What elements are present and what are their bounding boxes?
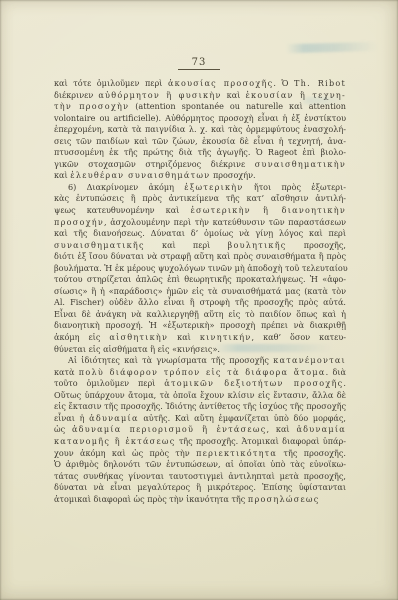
text-line: καὶ τῆς διανοήσεως. Δύναται δ’ ὁμοίως νὰ… — [54, 228, 346, 240]
text-line: βουλήματα. Ἡ ἐκ μέρους ψυχολόγων τινῶν μ… — [54, 263, 346, 275]
body-text: εἶναι ἡ — [54, 413, 89, 423]
emphasized-text: βουλητικῆς — [228, 240, 287, 250]
text-line: τούτου στηρίζεται ἁπλῶς ἐπὶ θεωρητικῆς π… — [54, 274, 346, 286]
body-text: καὶ — [168, 332, 200, 342]
emphasized-text: ἀτομικῶν δεξιοτήτων προσοχῆς — [164, 378, 343, 388]
emphasized-text: ἀδυναμία — [89, 413, 139, 423]
body-text: . Ὁ — [273, 78, 294, 88]
body-text: βουλήματα. Ἡ ἐκ μέρους ψυχολόγων τινῶν μ… — [54, 263, 348, 273]
text-line: εἶναι ἡ ἀδυναμία αὐτῆς. Καὶ αὕτη ἐμφανίζ… — [54, 413, 346, 425]
body-text: σεις τῶν παιδίων καὶ τῶν ζώων, ἑκουσία δ… — [54, 136, 346, 146]
body-text: ἀτομικαὶ διαφοραὶ ὡς πρὸς τὴν ἱκανότητα … — [54, 494, 248, 504]
text-line: χουν ἀκόμη καὶ ὡς πρὸς τὴν περιεκτικότητ… — [54, 448, 346, 460]
body-text: εἰς ἔκτασιν τῆς προσοχῆς. Ἰδιότης ἀντίθε… — [54, 401, 346, 411]
body-text: προσοχῆς, — [287, 240, 346, 250]
emphasized-text: συναισθηματικὴν — [255, 159, 346, 169]
text-line: ἀκόμη εἰς αἰσθητικὴν καὶ κινητικήν, καθ’… — [54, 332, 346, 344]
body-text: , καθ’ ὅσον κατευ- — [252, 332, 346, 342]
emphasized-text: κινητικήν — [200, 332, 252, 342]
body-text: θύνεται εἰς αἰσθήματα ἢ εἰς «κινήσεις». — [54, 344, 220, 354]
body-text: κατὰ — [54, 367, 79, 377]
body-text: καὶ τότε ὁμιλοῦμεν περὶ — [54, 78, 168, 88]
body-text: τάτας συνθήκας γίνονται ταυτοστιγμεὶ ἀντ… — [54, 471, 346, 481]
text-line: καὶ τότε ὁμιλοῦμεν περὶ ἀκουσίας προσοχῆ… — [54, 78, 346, 90]
text-line: θύνεται εἰς αἰσθήματα ἢ εἰς «κινήσεις». — [54, 344, 346, 356]
text-line: τὴν προσοχὴν (attention spontanée ou nat… — [54, 101, 346, 113]
body-text: καὶ — [222, 90, 246, 100]
text-line: γικῶν στοχασμῶν στηριζόμενος διέκρινε συ… — [54, 159, 346, 171]
text-line: Οὕτως ὑπάρχουν ἄτομα, τὰ ὁποῖα ἔχουν κλί… — [54, 390, 346, 402]
text-line: Εἶναι δὲ ἀνάγκη νὰ καλλιεργηθῇ αὕτη εἰς … — [54, 309, 346, 321]
body-text: καὶ περὶ — [145, 240, 228, 250]
text-line: ὡς ἀδυναμία περιορισμοῦ ἢ ἐντάσεως, καὶ … — [54, 424, 346, 436]
text-line: Αἱ ἰδιότητες καὶ τὰ γνωρίσματα τῆς προσο… — [54, 355, 346, 367]
emphasized-text: κατανέμονται — [273, 355, 346, 365]
body-text: ψεως κατευθυνομένην καὶ — [54, 205, 190, 215]
page-number: 73 — [178, 57, 221, 70]
emphasized-text: προσοχήν — [54, 217, 104, 227]
body-text: . — [343, 378, 346, 388]
emphasized-text: προσηλώσεως — [248, 494, 320, 504]
text-line: σίωσις» ἢ ἡ «παράδοσις» ἡμῶν εἰς τὰ συνα… — [54, 286, 346, 298]
body-text: τοῦτο ὁμιλοῦμεν περὶ — [54, 378, 164, 388]
emphasized-text: ἐλευθέραν συναισθημάτων — [70, 170, 210, 180]
body-text: ἤτοι πρὸς ἐξωτερι- — [244, 182, 346, 192]
body-text: ὡς — [54, 424, 72, 434]
body-text: γικῶν στοχασμῶν στηριζόμενος διέκρινε — [54, 159, 255, 169]
body-text: διέκρινεν — [54, 90, 98, 100]
body-text: σίωσις» ἢ ἡ «παράδοσις» ἡμῶν εἰς τὰ συνα… — [54, 286, 346, 296]
text-line: εἰς ἔκτασιν τῆς προσοχῆς. Ἰδιότης ἀντίθε… — [54, 401, 346, 413]
text-line: διανοητικὴ προσοχή. Ἡ «ἐξωτερικὴ» προσοχ… — [54, 320, 346, 332]
text-line: διότι ἐξ ἴσου δύναται νὰ στραφῇ αὕτη καὶ… — [54, 251, 346, 263]
emphasized-text: ἀκουσίας προσοχῆς — [168, 78, 273, 88]
text-line: πτυσσομένη ἐκ τῆς πρώτης διὰ τῆς ἀγωγῆς.… — [54, 147, 346, 159]
emphasized-text: κατανομῆς ἢ ἐκτάσεως — [54, 436, 176, 446]
body-text: Εἶναι δὲ ἀνάγκη νὰ καλλιεργηθῇ αὕτη εἰς … — [54, 309, 346, 319]
body-text: τούτου στηρίζεται ἁπλῶς ἐπὶ θεωρητικῆς π… — [54, 274, 346, 284]
body-text: ἐπερχομένη, κατὰ τὰ παιγνίδια λ. χ. καὶ … — [54, 124, 346, 134]
page-header: 73 — [0, 50, 398, 70]
body-text: volontaire ou artificielle). Αὐθόρμητος … — [54, 113, 346, 123]
body-text: αὐτῆς. Καὶ αὕτη ἐμφανίζεται ὑπὸ δύο μορφ… — [139, 413, 346, 423]
emphasized-text: ἀδυναμία περιορισμοῦ ἢ ἐντάσεως — [72, 424, 267, 434]
text-line: συναισθηματικῆς καὶ περὶ βουλητικῆς προσ… — [54, 240, 346, 252]
body-text: 6) Διακρίνομεν ἀκόμη — [68, 182, 184, 192]
body-text: ἀκόμη εἰς — [54, 332, 109, 342]
text-line: Al. Fischer) οὐδὲν ἄλλο εἶναι ἢ στροφὴ τ… — [54, 297, 346, 309]
body-text: , ἀσχολουμένην περὶ τὴν κατεύθυνσιν τῶν … — [104, 217, 346, 227]
body-text: πτυσσομένη ἐκ τῆς πρώτης διὰ τῆς ἀγωγῆς.… — [54, 147, 346, 157]
body-text: διανοητικὴ προσοχή. Ἡ «ἐξωτερικὴ» προσοχ… — [54, 320, 346, 330]
text-block: καὶ τότε ὁμιλοῦμεν περὶ ἀκουσίας προσοχῆ… — [54, 78, 346, 505]
text-line: κὰς ἐντυπώσεις ἢ πρὸς ἀντικείμενα τῆς κα… — [54, 193, 346, 205]
emphasized-text: ἑκουσίαν ἢ τεχνη- — [245, 90, 346, 100]
text-line: ἀτομικαὶ διαφοραὶ ὡς πρὸς τὴν ἱκανότητα … — [54, 494, 346, 506]
emphasized-text: τὴν προσοχὴν — [54, 101, 129, 111]
body-text: προσοχήν. — [210, 170, 255, 180]
body-text: τῆς προσοχῆς. Ἀτομικαὶ διαφοραὶ ὑπάρ- — [176, 436, 346, 446]
body-text: καὶ — [54, 170, 70, 180]
body-text: διότι ἐξ ἴσου δύναται νὰ στραφῇ αὕτη καὶ… — [54, 251, 346, 261]
text-line: ψεως κατευθυνομένην καὶ ἐσωτερικὴν ἢ δια… — [54, 205, 346, 217]
emphasized-text: πολὺ διάφορον τρόπον εἰς τὰ διάφορα ἄτομ… — [79, 367, 326, 377]
emphasized-text: ἐξωτερικὴν — [184, 182, 243, 192]
body-text: τῆς προσοχῆς. — [277, 448, 346, 458]
emphasized-text: συναισθηματικῆς — [54, 240, 145, 250]
body-text: δύναται νὰ εἶναι μεγαλύτερος ἢ μικρότερο… — [54, 482, 346, 492]
text-line: προσοχήν, ἀσχολουμένην περὶ τὴν κατεύθυν… — [54, 217, 346, 229]
body-text: Οὕτως ὑπάρχουν ἄτομα, τὰ ὁποῖα ἔχουν κλί… — [54, 390, 346, 400]
body-text: καὶ τῆς διανοήσεως. Δύναται δ’ ὁμοίως νὰ… — [54, 228, 346, 238]
body-text: χουν ἀκόμη καὶ ὡς πρὸς τὴν — [54, 448, 196, 458]
text-line: ἐπερχομένη, κατὰ τὰ παιγνίδια λ. χ. καὶ … — [54, 124, 346, 136]
emphasized-text: αἰσθητικὴν — [109, 332, 168, 342]
scanned-book-page: { "page": { "number": "73" }, "body": { … — [0, 0, 398, 600]
text-line: Ὁ ἀριθμὸς δηλονότι τῶν ἐντυπώσεων, αἱ ὁπ… — [54, 459, 346, 471]
body-text: κὰς ἐντυπώσεις ἢ πρὸς ἀντικείμενα τῆς κα… — [54, 193, 346, 203]
text-line: τάτας συνθήκας γίνονται ταυτοστιγμεὶ ἀντ… — [54, 471, 346, 483]
body-text: . διὰ — [326, 367, 346, 377]
emphasized-text: περιεκτικότητα — [196, 448, 277, 458]
emphasized-text: ἀδυναμία — [296, 424, 346, 434]
emphasized-text: Th. Ribot — [294, 78, 346, 88]
text-line: καὶ ἐλευθέραν συναισθημάτων προσοχήν. — [54, 170, 346, 182]
body-text: , καὶ — [267, 424, 297, 434]
text-line: 6) Διακρίνομεν ἀκόμη ἐξωτερικὴν ἤτοι πρὸ… — [54, 182, 346, 194]
text-line: volontaire ou artificielle). Αὐθόρμητος … — [54, 113, 346, 125]
body-text: Al. Fischer) οὐδὲν ἄλλο εἶναι ἢ στροφὴ τ… — [54, 297, 346, 307]
emphasized-text: αὐθόρμητον ἢ φυσικὴν — [98, 90, 221, 100]
body-text: (attention spontanée ou naturelle καὶ at… — [129, 101, 346, 111]
text-line: κατὰ πολὺ διάφορον τρόπον εἰς τὰ διάφορα… — [54, 367, 346, 379]
text-line: κατανομῆς ἢ ἐκτάσεως τῆς προσοχῆς. Ἀτομι… — [54, 436, 346, 448]
text-line: διέκρινεν αὐθόρμητον ἢ φυσικὴν καὶ ἑκουσ… — [54, 90, 346, 102]
text-line: τοῦτο ὁμιλοῦμεν περὶ ἀτομικῶν δεξιοτήτων… — [54, 378, 346, 390]
text-line: σεις τῶν παιδίων καὶ τῶν ζώων, ἑκουσία δ… — [54, 136, 346, 148]
body-text: Αἱ ἰδιότητες καὶ τὰ γνωρίσματα τῆς προσο… — [68, 355, 273, 365]
text-line: δύναται νὰ εἶναι μεγαλύτερος ἢ μικρότερο… — [54, 482, 346, 494]
emphasized-text: ἐσωτερικὴν ἢ διανοητικὴν — [190, 205, 346, 215]
body-text: Ὁ ἀριθμὸς δηλονότι τῶν ἐντυπώσεων, αἱ ὁπ… — [54, 459, 346, 469]
